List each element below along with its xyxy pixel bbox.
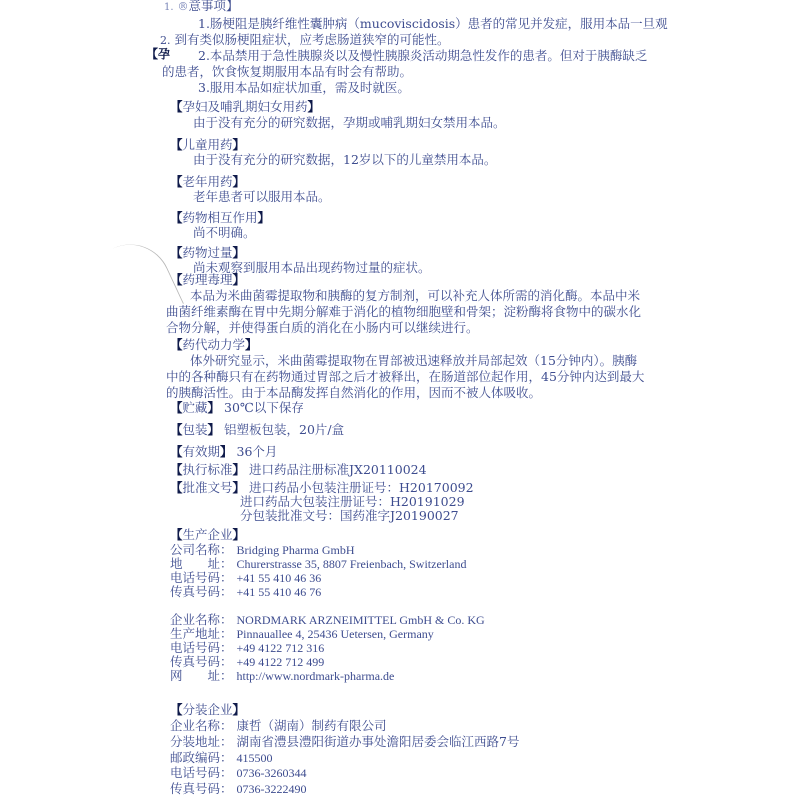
section-overdose-heading: 【药物过量】 <box>170 245 245 261</box>
approval-line-1: 进口药品小包装注册证号：H20170092 <box>249 480 474 495</box>
section-package: 【包装】 铝塑板包装，20片/盒 <box>170 422 344 438</box>
standard-text: 进口药品注册标准JX20110024 <box>249 462 427 477</box>
section-storage: 【贮藏】 30℃以下保存 <box>170 400 304 416</box>
precaution-2-line-1: 2.本品禁用于急性胰腺炎以及慢性胰腺炎活动期急性发作的患者。但对于胰酶缺乏 <box>198 48 647 64</box>
precaution-3: 3.服用本品如症状加重，需及时就医。 <box>198 80 410 96</box>
drug-leaflet-page: 1. ®意事项】 1.肠梗阻是胰纤维性囊肿病（mucoviscidosis）患者… <box>0 0 800 800</box>
pharmacology-line-1: 本品为米曲菌霉提取物和胰酶的复方制剂，可以补充人体所需的消化酶。本品中米 <box>190 288 640 304</box>
elderly-text: 老年患者可以服用本品。 <box>193 189 331 205</box>
packager-row: 邮政编码： 415500 <box>170 750 273 766</box>
approval-line-3: 分包装批准文号：国药准字J20190027 <box>240 508 459 524</box>
section-pharmacology-heading: 【药理毒理】 <box>170 272 245 288</box>
section-packager-heading: 【分装企业】 <box>170 702 245 718</box>
pregnancy-text: 由于没有充分的研究数据，孕期或哺乳期妇女禁用本品。 <box>193 115 506 131</box>
manufacturer-website-link[interactable]: http://www.nordmark-pharma.de <box>237 669 395 683</box>
pharmacology-line-2: 曲菌纤维素酶在胃中先期分解难于消化的植物细胞壁和骨架；淀粉酶将食物中的碳水化 <box>166 304 641 320</box>
precaution-1-line-2: 2. 到有类似肠梗阻症状，应考虑肠道狭窄的可能性。 <box>160 32 450 49</box>
packager-row: 分装地址： 湖南省澧县澧阳街道办事处澹阳居委会临江西路7号 <box>170 734 519 750</box>
interactions-text: 尚不明确。 <box>193 225 256 241</box>
package-text: 铝塑板包装，20片/盒 <box>224 422 344 437</box>
overlay-number-1: 1. <box>164 2 174 13</box>
storage-text: 30℃以下保存 <box>224 400 304 415</box>
section-pharmacokinetics-heading: 【药代动力学】 <box>170 337 258 353</box>
pharmacokinetics-line-3: 的胰酶活性。由于本品酶发挥自然消化的作用，因而不被人体吸收。 <box>166 385 541 401</box>
section-validity: 【有效期】 36个月 <box>170 444 277 460</box>
packager-row: 企业名称： 康哲（湖南）制药有限公司 <box>170 718 387 734</box>
section-precautions-heading: 1. ®意事项】 <box>164 0 239 16</box>
pharmacokinetics-line-2: 中的各种酶只有在药物通过胃部之后才被释出，在肠道部位起作用，45分钟内达到最大 <box>166 369 644 385</box>
pharmacokinetics-line-1: 体外研究显示，米曲菌霉提取物在胃部被迅速释放并局部起效（15分钟内）。胰酶 <box>190 353 637 369</box>
overlay-bracket-fragment: 【孕 <box>146 46 170 62</box>
section-manufacturer-heading: 【生产企业】 <box>170 527 245 543</box>
validity-text: 36个月 <box>237 444 278 459</box>
precaution-2-line-2: 的患者，饮食恢复期服用本品有时会有帮助。 <box>162 64 412 80</box>
children-text: 由于没有充分的研究数据，12岁以下的儿童禁用本品。 <box>193 152 496 168</box>
section-elderly-heading: 【老年用药】 <box>170 174 245 190</box>
section-interactions-heading: 【药物相互作用】 <box>170 210 270 226</box>
section-children-heading: 【儿童用药】 <box>170 137 245 153</box>
precautions-heading: 意事项】 <box>189 0 239 13</box>
manufacturer-website-row: 网 址： http://www.nordmark-pharma.de <box>170 668 394 684</box>
packager-row: 电话号码： 0736-3260344 <box>170 765 307 781</box>
overlay-circle-mark: ® <box>178 0 189 13</box>
precaution-1-text: 到有类似肠梗阻症状，应考虑肠道狭窄的可能性。 <box>174 32 449 47</box>
section-standard: 【执行标准】 进口药品注册标准JX20110024 <box>170 462 427 478</box>
manufacturer-row: 传真号码： +41 55 410 46 76 <box>170 584 321 600</box>
pharmacology-line-3: 合物分解，并使得蛋白质的消化在小肠内可以继续进行。 <box>166 320 479 336</box>
precaution-1-line-1: 1.肠梗阻是胰纤维性囊肿病（mucoviscidosis）患者的常见并发症，服用… <box>198 16 668 32</box>
packager-row: 传真号码： 0736-3222490 <box>170 781 307 797</box>
bracket-fragment: 【孕 <box>146 47 170 61</box>
section-pregnancy-heading: 【孕妇及哺乳期妇女用药】 <box>170 99 320 115</box>
